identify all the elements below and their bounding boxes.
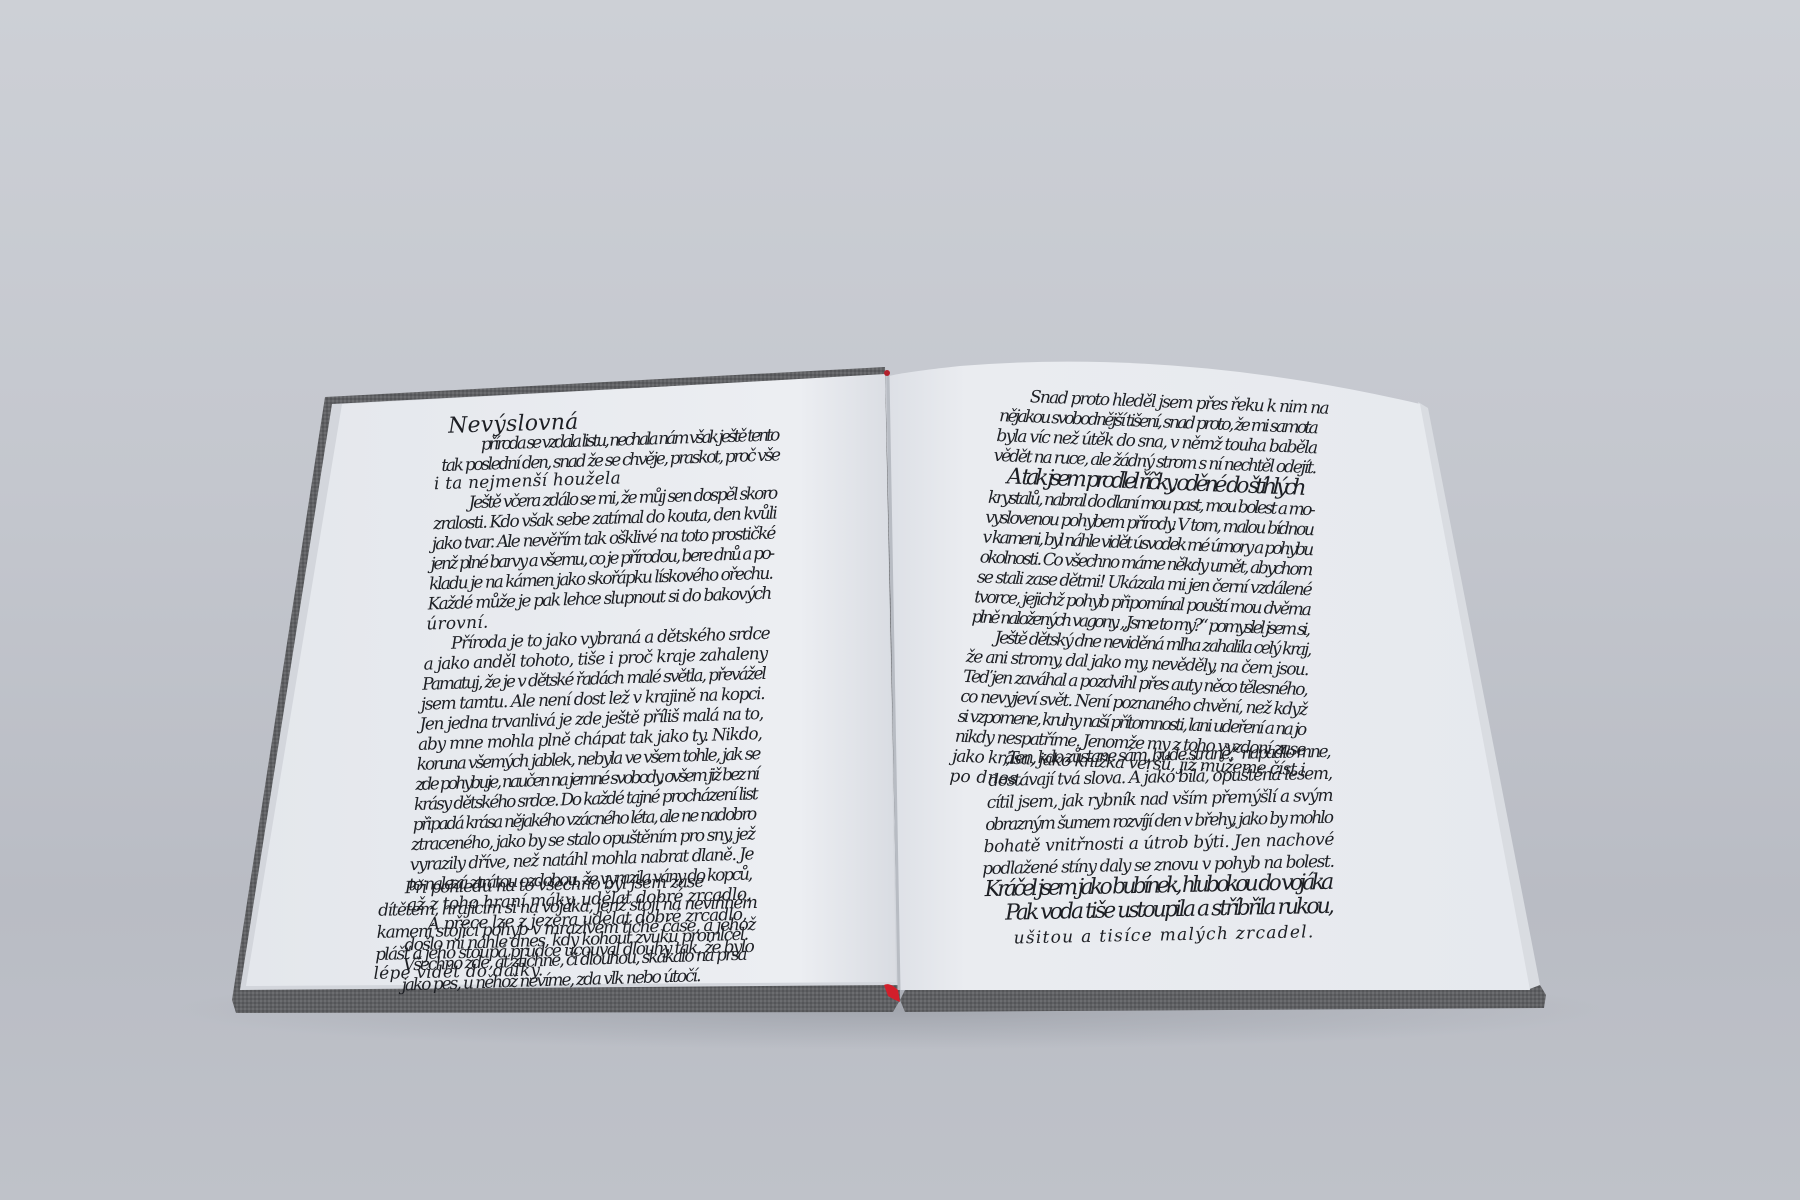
right-page-text: Snad proto hleděl jsem přes řeku k nim n… xyxy=(947,385,1330,801)
left-line: lépe vidět do dálky. xyxy=(373,960,543,984)
left-line: úrovní. xyxy=(426,613,489,635)
right-page-text-lower: „Ten, kdo zůstane sám, bude straně,“ nap… xyxy=(980,742,1337,949)
photo-scene: Nevýslovná příroda se vzdala listu, nech… xyxy=(0,0,1800,1200)
headband xyxy=(884,370,890,376)
